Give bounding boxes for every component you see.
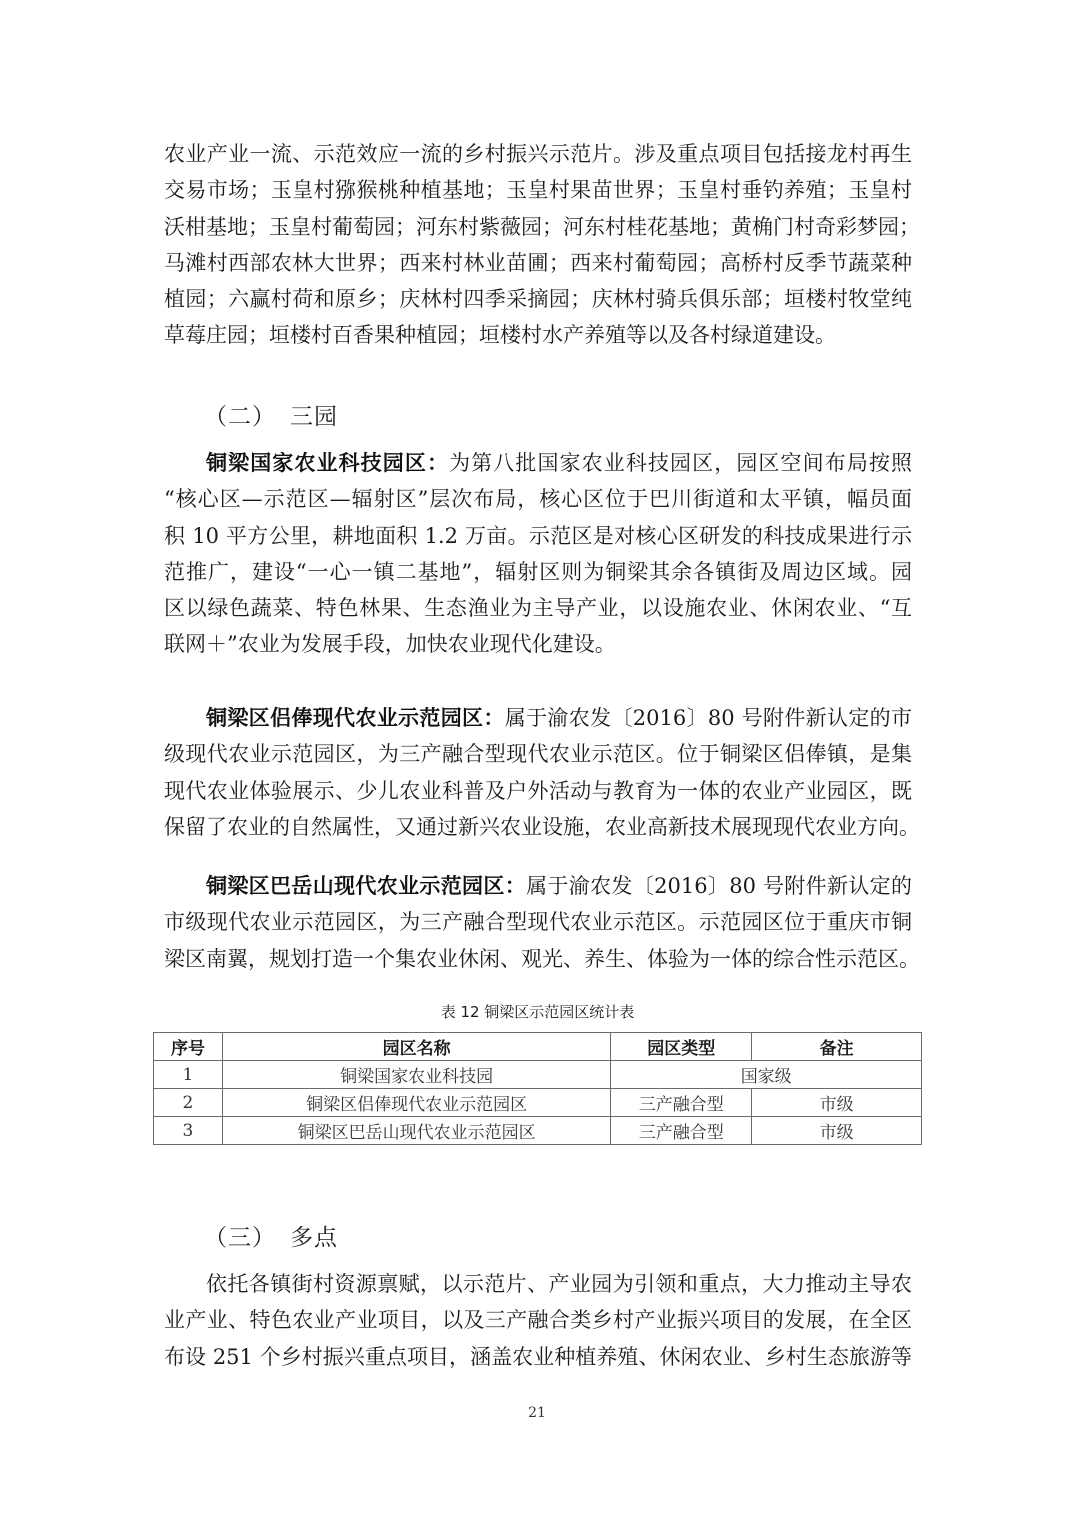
parks-statistics-table: 序号 园区名称 园区类型 备注 1 铜梁国家农业科技园 国家级 2 铜梁区侣俸现… (153, 1032, 922, 1145)
text-line: 级现代农业示范园区，为三产融合型现代农业示范区。位于铜梁区侣俸镇，是集 (164, 736, 912, 772)
table-row: 1 铜梁国家农业科技园 国家级 (154, 1061, 922, 1089)
cell-park-name: 铜梁国家农业科技园 (222, 1061, 610, 1089)
park3-lead: 铜梁区巴岳山现代农业示范园区： (206, 874, 526, 898)
cell-merged-level: 国家级 (611, 1061, 922, 1089)
text-line: 铜梁国家农业科技园区：为第八批国家农业科技园区，园区空间布局按照 (164, 445, 912, 481)
cell-park-type: 三产融合型 (611, 1117, 752, 1145)
header-park-type: 园区类型 (611, 1033, 752, 1061)
text-line: 植园；六赢村荷和原乡；庆林村四季采摘园；庆林村骑兵俱乐部；垣楼村牧堂纯 (164, 281, 912, 317)
section2-heading: （二）三园 (204, 398, 338, 431)
section-title: 多点 (290, 1225, 338, 1251)
section-number: （三） (204, 1225, 276, 1251)
text-line: 范推广，建设“一心一镇二基地”，辐射区则为铜梁其余各镇街及周边区域。园 (164, 554, 912, 590)
table-row: 3 铜梁区巴岳山现代农业示范园区 三产融合型 市级 (154, 1117, 922, 1145)
table-row: 2 铜梁区侣俸现代农业示范园区 三产融合型 市级 (154, 1089, 922, 1117)
park3-paragraph: 铜梁区巴岳山现代农业示范园区：属于渝农发〔2016〕80 号附件新认定的 市级现… (164, 868, 912, 977)
cell-park-name: 铜梁区巴岳山现代农业示范园区 (222, 1117, 610, 1145)
header-park-name: 园区名称 (222, 1033, 610, 1061)
cell-park-type: 三产融合型 (611, 1089, 752, 1117)
park2-lead: 铜梁区侣俸现代农业示范园区： (206, 706, 505, 730)
section1-tail-paragraph: 农业产业一流、示范效应一流的乡村振兴示范片。涉及重点项目包括接龙村再生 交易市场… (164, 136, 912, 354)
cell-serial: 3 (154, 1117, 223, 1145)
cell-park-name: 铜梁区侣俸现代农业示范园区 (222, 1089, 610, 1117)
text-line: 积 10 平方公里，耕地面积 1.2 万亩。示范区是对核心区研发的科技成果进行示 (164, 518, 912, 554)
cell-serial: 2 (154, 1089, 223, 1117)
cell-serial: 1 (154, 1061, 223, 1089)
text-line: 区以绿色蔬菜、特色林果、生态渔业为主导产业，以设施农业、休闲农业、“互 (164, 590, 912, 626)
text-line: 业产业、特色农业产业项目，以及三产融合类乡村产业振兴项目的发展，在全区 (164, 1302, 912, 1338)
section-number: （二） (204, 404, 276, 430)
text-line: 保留了农业的自然属性，又通过新兴农业设施，农业高新技术展现现代农业方向。 (164, 809, 912, 845)
text-line: 依托各镇街村资源禀赋，以示范片、产业园为引领和重点，大力推动主导农 (164, 1266, 912, 1302)
text-line: 铜梁区巴岳山现代农业示范园区：属于渝农发〔2016〕80 号附件新认定的 (164, 868, 912, 904)
text-line: 市级现代农业示范园区，为三产融合型现代农业示范区。示范园区位于重庆市铜 (164, 904, 912, 940)
park2-paragraph: 铜梁区侣俸现代农业示范园区：属于渝农发〔2016〕80 号附件新认定的市 级现代… (164, 700, 912, 845)
text-line: “核心区—示范区—辐射区”层次布局，核心区位于巴川街道和太平镇，幅员面 (164, 481, 912, 517)
text-line: 草莓庄园；垣楼村百香果种植园；垣楼村水产养殖等以及各村绿道建设。 (164, 317, 912, 353)
cell-remarks: 市级 (752, 1089, 922, 1117)
header-remarks: 备注 (752, 1033, 922, 1061)
table-caption: 表 12 铜梁区示范园区统计表 (153, 1001, 922, 1022)
header-serial: 序号 (154, 1033, 223, 1061)
text-line: 交易市场；玉皇村猕猴桃种植基地；玉皇村果苗世界；玉皇村垂钓养殖；玉皇村 (164, 172, 912, 208)
text-line: 农业产业一流、示范效应一流的乡村振兴示范片。涉及重点项目包括接龙村再生 (164, 136, 912, 172)
text-line: 现代农业体验展示、少儿农业科普及户外活动与教育为一体的农业产业园区，既 (164, 773, 912, 809)
text-line: 沃柑基地；玉皇村葡萄园；河东村紫薇园；河东村桂花基地；黄桷门村奇彩梦园； (164, 209, 912, 245)
text-line: 联网＋”农业为发展手段，加快农业现代化建设。 (164, 626, 912, 662)
text-line: 梁区南翼，规划打造一个集农业休闲、观光、养生、体验为一体的综合性示范区。 (164, 941, 912, 977)
text-line: 铜梁区侣俸现代农业示范园区：属于渝农发〔2016〕80 号附件新认定的市 (164, 700, 912, 736)
section3-paragraph: 依托各镇街村资源禀赋，以示范片、产业园为引领和重点，大力推动主导农 业产业、特色… (164, 1266, 912, 1375)
section3-heading: （三）多点 (204, 1219, 338, 1252)
section-title: 三园 (290, 404, 338, 430)
text-line: 布设 251 个乡村振兴重点项目，涵盖农业种植养殖、休闲农业、乡村生态旅游等 (164, 1339, 912, 1375)
cell-remarks: 市级 (752, 1117, 922, 1145)
page-number: 21 (0, 1405, 1074, 1421)
park1-lead: 铜梁国家农业科技园区： (206, 451, 449, 475)
park1-paragraph: 铜梁国家农业科技园区：为第八批国家农业科技园区，园区空间布局按照 “核心区—示范… (164, 445, 912, 663)
text-line: 马滩村西部农林大世界；西来村林业苗圃；西来村葡萄园；高桥村反季节蔬菜种 (164, 245, 912, 281)
table-header-row: 序号 园区名称 园区类型 备注 (154, 1033, 922, 1061)
